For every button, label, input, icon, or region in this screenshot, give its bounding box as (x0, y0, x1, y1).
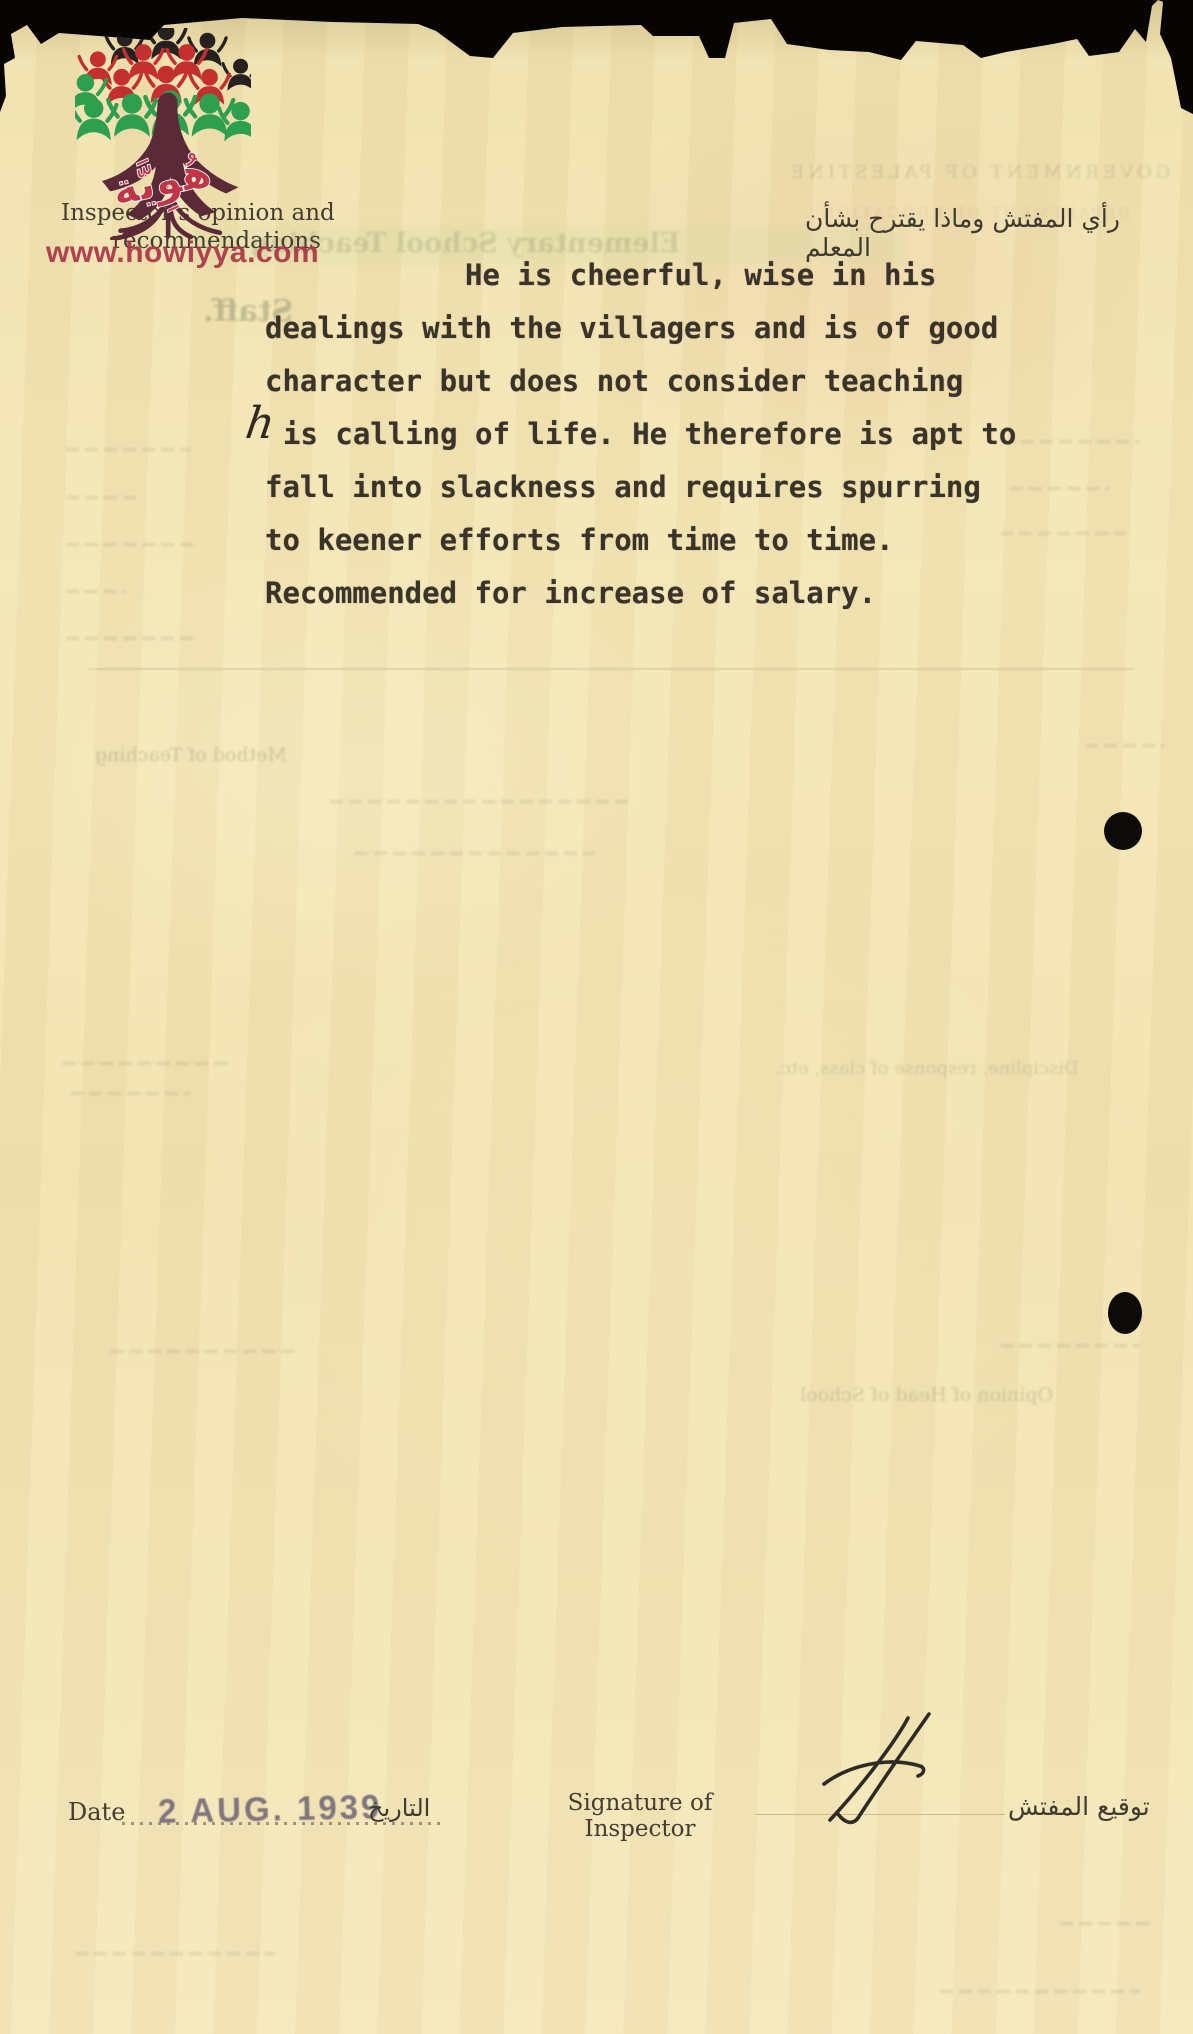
bleedthrough-mark (1060, 1922, 1150, 1925)
punch-hole-top (1104, 812, 1142, 850)
signature-label-line2: Inspector (560, 1816, 720, 1842)
bleedthrough-mark (940, 1990, 1140, 1993)
bleedthrough-opinion-label: Opinion of Head of School (800, 1384, 1053, 1406)
inspector-opinion-label-arabic: رأي المفتش وماذا يقترح بشأن المعلم (805, 204, 1150, 262)
bleedthrough-mark (110, 1350, 300, 1353)
bleedthrough-mark (355, 852, 595, 855)
bleedthrough-mark (66, 543, 198, 546)
bleedthrough-mark (66, 590, 126, 593)
date-label: Date (68, 1798, 125, 1826)
bleedthrough-rule (88, 668, 1134, 670)
typed-line: He is cheerful, wise in his (465, 258, 936, 292)
typed-line: fall into slackness and requires spurrin… (265, 470, 981, 504)
bleedthrough-mark (62, 1062, 232, 1065)
typed-line: dealings with the villagers and is of go… (265, 311, 998, 345)
bleedthrough-mark (1002, 440, 1140, 443)
typed-line: is calling of life. He therefore is apt … (283, 417, 1016, 451)
bleedthrough-mark (75, 1952, 275, 1955)
typed-line: to keener efforts from time to time. (265, 523, 894, 557)
bleedthrough-government-line: GOVERNMENT OF PALESTINE (787, 162, 1170, 183)
howiyya-logo-tree: هُوِيَّة (75, 28, 251, 240)
bleedthrough-discipline-label: Discipline, response of class, etc. (775, 1058, 1078, 1079)
inspector-signature-mark (808, 1692, 943, 1832)
scanned-document-page: GOVERNMENT OF PALESTINE DEPARTMENT OF ED… (0, 0, 1193, 2034)
bleedthrough-mark (66, 637, 196, 640)
date-stamp: 2 AUG. 1939 (158, 1787, 383, 1832)
bleedthrough-method-label: Method of Teaching (95, 744, 287, 766)
handwritten-h-correction: h (242, 398, 278, 449)
bleedthrough-mark (66, 448, 191, 451)
signature-label-arabic: توقيع المفتش (1008, 1792, 1150, 1821)
bleedthrough-mark (1000, 1344, 1140, 1347)
signature-label-line1: Signature of (560, 1790, 720, 1816)
typed-line: character but does not consider teaching (265, 364, 963, 398)
punch-hole-bottom (1108, 1292, 1142, 1334)
bleedthrough-mark (1085, 744, 1165, 747)
paper-sheet: GOVERNMENT OF PALESTINE DEPARTMENT OF ED… (0, 0, 1193, 2034)
bleedthrough-mark (70, 1092, 190, 1095)
bleedthrough-mark (66, 496, 138, 499)
date-label-arabic: التاريخ (368, 1794, 430, 1822)
bleedthrough-mark (1000, 532, 1126, 535)
typed-line: Recommended for increase of salary. (265, 576, 876, 610)
bleedthrough-mark (330, 800, 630, 803)
signature-of-inspector-label: Signature of Inspector (560, 1790, 720, 1842)
watermark-url: www.howiyya.com (46, 236, 319, 270)
bleedthrough-mark (1010, 487, 1110, 490)
